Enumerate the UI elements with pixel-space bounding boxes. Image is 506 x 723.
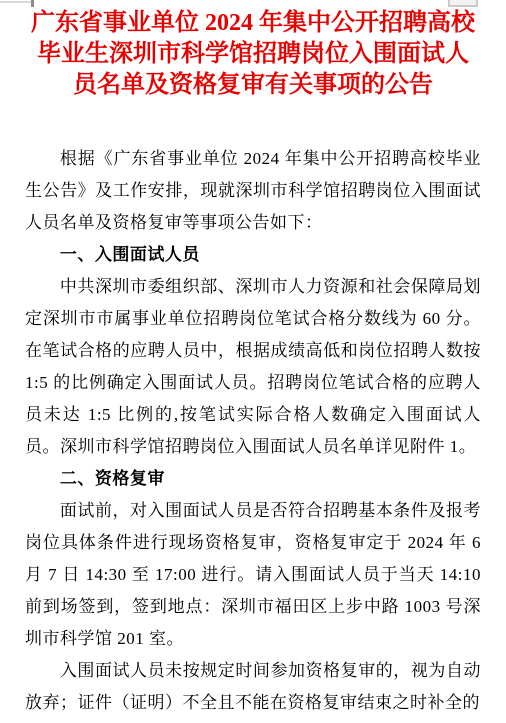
paragraph-intro: 根据《广东省事业单位 2024 年集中公开招聘高校毕业生公告》及工作安排，现就深… [25,143,481,239]
section-heading-shortlisted-candidates: 一、入围面试人员 [25,239,481,271]
document-content: 广东省事业单位 2024 年集中公开招聘高校毕业生深圳市科学馆招聘岗位入围面试人… [25,8,481,719]
document-title: 广东省事业单位 2024 年集中公开招聘高校毕业生深圳市科学馆招聘岗位入围面试人… [26,8,480,101]
paragraph-shortlist-rules: 中共深圳市委组织部、深圳市人力资源和社会保障局划定深圳市市属事业单位招聘岗位笔试… [25,271,481,463]
cropped-ui-artifact-left-tick [31,0,34,7]
paragraph-review-arrangement: 面试前，对入围面试人员是否符合招聘基本条件及报考岗位具体条件进行现场资格复审，资… [25,495,481,655]
cropped-ui-artifact-left-line [0,1,34,3]
cropped-ui-artifact-right-box [448,0,478,7]
section-heading-qualification-review: 二、资格复审 [25,463,481,495]
paragraph-forfeit-rules: 入围面试人员未按规定时间参加资格复审的，视为自动放弃；证件（证明）不全且不能在资… [25,655,481,719]
